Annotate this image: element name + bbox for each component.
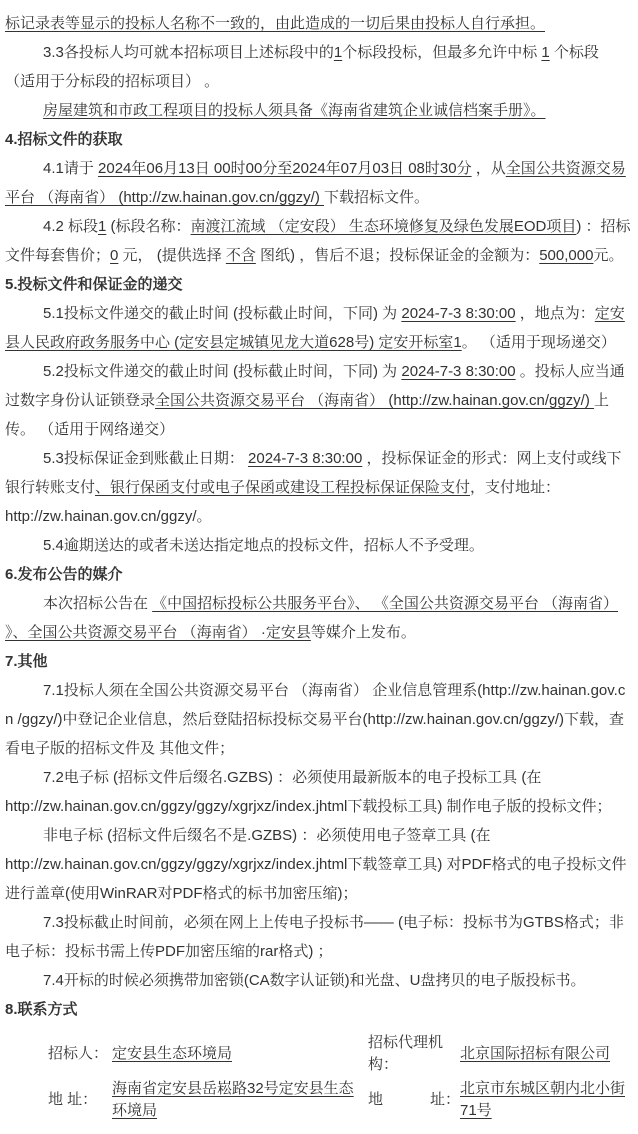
text-run: 下载招标文件。 [324,189,429,206]
text-run: ，从 [472,160,506,177]
text-run: http://zw.hainan.gov.cn/ggzy/。 [5,508,212,525]
underlined-value: 2024年06月13日 00时00分至2024年07月03日 08时30分 [98,160,472,177]
paragraph: 7.1投标人须在全国公共资源交易平台 （海南省） 企业信息管理系(http://… [5,676,633,763]
text-run: 个标段投标，但最多允许中标 [342,44,541,61]
contact-row-addresses: 地 址： 海南省定安县岳崧路32号定安县生态环境局 地 址： 北京市东城区朝内北… [48,1078,629,1122]
section-heading: 6.发布公告的媒介 [5,560,633,589]
paragraph: 标记录表等显示的投标人名称不一致的，由此造成的一切后果由投标人自行承担。 [5,9,633,38]
tender-announcement-page: 标记录表等显示的投标人名称不一致的，由此造成的一切后果由投标人自行承担。3.3各… [0,0,638,1134]
section-heading: 7.其他 [5,647,633,676]
paragraph: 房屋建筑和市政工程项目的投标人须具备《海南省建筑企业诚信档案手册》。 [5,96,633,125]
text-run: 7.4开标的时候必须携带加密锁(CA数字认证锁)和光盘、U盘拷贝的电子版投标书。 [43,972,586,989]
paragraph: 5.1投标文件递交的截止时间 (投标截止时间，下同) 为 2024-7-3 8:… [5,299,633,357]
text-run: 非电子标 (招标文件后缀名不是.GZBS) ：必须使用电子签章工具 (在 [43,827,491,844]
section-heading: 5.投标文件和保证金的递交 [5,270,633,299]
text-run: 元。 [593,247,623,264]
contact-table: 招标人： 定安县生态环境局 招标代理机构： 北京国际招标有限公司 地 址： 海南… [48,1032,629,1122]
text-run: 4.1请于 [43,160,98,177]
text-run: 5.3投标保证金到账截止日期： [43,450,248,467]
agency-label: 招标代理机构： [368,1032,460,1076]
underlined-value: 2024-7-3 8:30:00 [401,363,515,380]
text-run: 本次招标公告在 [43,595,152,612]
tenderer-name-cell: 定安县生态环境局 [112,1043,368,1065]
underlined-value: 全国公共资源交易平台 （海南省） (http://zw.hainan.gov.c… [155,392,594,409]
paragraph: 本次招标公告在 《中国招标投标公共服务平台》、 《全国公共资源交易平台 （海南省… [5,589,633,647]
text-run: ，支付地址： [470,479,560,496]
text-run: http://zw.hainan.gov.cn/ggzy/ggzy/xgrjxz… [5,798,612,815]
underlined-value: 不含 [226,247,256,264]
paragraph: 5.2投标文件递交的截止时间 (投标截止时间，下同) 为 2024-7-3 8:… [5,357,633,444]
underlined-value: 1 [334,44,342,61]
paragraph: 3.3各投标人均可就本招标项目上述标段中的1个标段投标，但最多允许中标 1 个标… [5,38,633,96]
underlined-value: 2024-7-3 8:30:00 [401,305,515,322]
tenderer-name: 定安县生态环境局 [112,1045,232,1062]
agency-address-label-part2: 址： [430,1089,460,1111]
text-run: 7.3投标截止时间前，必须在网上上传电子投标书—— (电子标：投标书为GTBS格… [5,914,624,960]
agency-address: 北京市东城区朝内北小街71号 [460,1080,625,1119]
underlined-value: 1 [541,44,549,61]
paragraph: 非电子标 (招标文件后缀名不是.GZBS) ：必须使用电子签章工具 (在http… [5,821,633,908]
text-run: 4.2 标段 [43,218,98,235]
paragraph: 7.3投标截止时间前，必须在网上上传电子投标书—— (电子标：投标书为GTBS格… [5,908,633,966]
paragraph: 4.1请于 2024年06月13日 00时00分至2024年07月03日 08时… [5,154,633,212]
paragraph: 4.2 标段1 (标段名称：南渡江流域 （定安段） 生态环境修复及绿色发展EOD… [5,212,633,270]
underlined-value: 标记录表等显示的投标人名称不一致的，由此造成的一切后果由投标人自行承担。 [5,15,545,32]
paragraph: http://zw.hainan.gov.cn/ggzy/。 [5,502,633,531]
text-run: 5.4逾期送达的或者未送达指定地点的投标文件，招标人不予受理。 [43,537,484,554]
tenderer-address: 海南省定安县岳崧路32号定安县生态环境局 [112,1080,354,1119]
underlined-value: 500,000 [539,247,593,264]
text-run: 7.1投标人须在全国公共资源交易平台 （海南省） 企业信息管理系(http://… [5,682,625,757]
text-run: 。 （适用于现场递交） [462,334,616,351]
document-body: 标记录表等显示的投标人名称不一致的，由此造成的一切后果由投标人自行承担。3.3各… [5,9,633,1024]
text-run: 5.2投标文件递交的截止时间 (投标截止时间，下同) 为 [43,363,401,380]
text-run: 图纸) ，售后不退；投标保证金的金额为： [256,247,539,264]
agency-name: 北京国际招标有限公司 [460,1045,610,1062]
underlined-value: 南渡江流域 （定安段） 生态环境修复及绿色发展EOD项目 [191,218,577,235]
tenderer-address-label: 地 址： [48,1089,112,1111]
underlined-value: 、银行保函支付或电子保函或建设工程投标保证保险支付 [95,479,470,496]
agency-name-cell: 北京国际招标有限公司 [460,1043,629,1065]
paragraph: 5.4逾期送达的或者未送达指定地点的投标文件，招标人不予受理。 [5,531,633,560]
section-heading: 8.联系方式 [5,995,633,1024]
text-run: 元， (提供选择 [118,247,226,264]
underlined-value: 房屋建筑和市政工程项目的投标人须具备《海南省建筑企业诚信档案手册》。 [43,102,546,119]
paragraph: 7.4开标的时候必须携带加密锁(CA数字认证锁)和光盘、U盘拷贝的电子版投标书。 [5,966,633,995]
section-heading: 4.招标文件的获取 [5,125,633,154]
underlined-value: 2024-7-3 8:30:00 [248,450,362,467]
text-run: http://zw.hainan.gov.cn/ggzy/ggzy/xgrjxz… [5,856,627,902]
text-run: 等媒介上发布。 [311,624,416,641]
agency-address-label-part1: 地 [368,1089,383,1111]
paragraph: 5.3投标保证金到账截止日期： 2024-7-3 8:30:00 ，投标保证金的… [5,444,633,502]
text-run: 7.2电子标 (招标文件后缀名.GZBS) ：必须使用最新版本的电子投标工具 (… [43,769,541,786]
text-run: 3.3各投标人均可就本招标项目上述标段中的 [43,44,334,61]
agency-address-cell: 北京市东城区朝内北小街71号 [460,1078,629,1122]
paragraph: 7.2电子标 (招标文件后缀名.GZBS) ：必须使用最新版本的电子投标工具 (… [5,763,633,821]
text-run: 5.1投标文件递交的截止时间 (投标截止时间，下同) 为 [43,305,401,322]
text-run: ，地点为： [516,305,595,322]
text-run: (标段名称： [106,218,190,235]
contact-row-names: 招标人： 定安县生态环境局 招标代理机构： 北京国际招标有限公司 [48,1032,629,1076]
tenderer-address-cell: 海南省定安县岳崧路32号定安县生态环境局 [112,1078,368,1122]
tenderer-label: 招标人： [48,1043,112,1065]
agency-address-label: 地 址： [368,1089,460,1111]
